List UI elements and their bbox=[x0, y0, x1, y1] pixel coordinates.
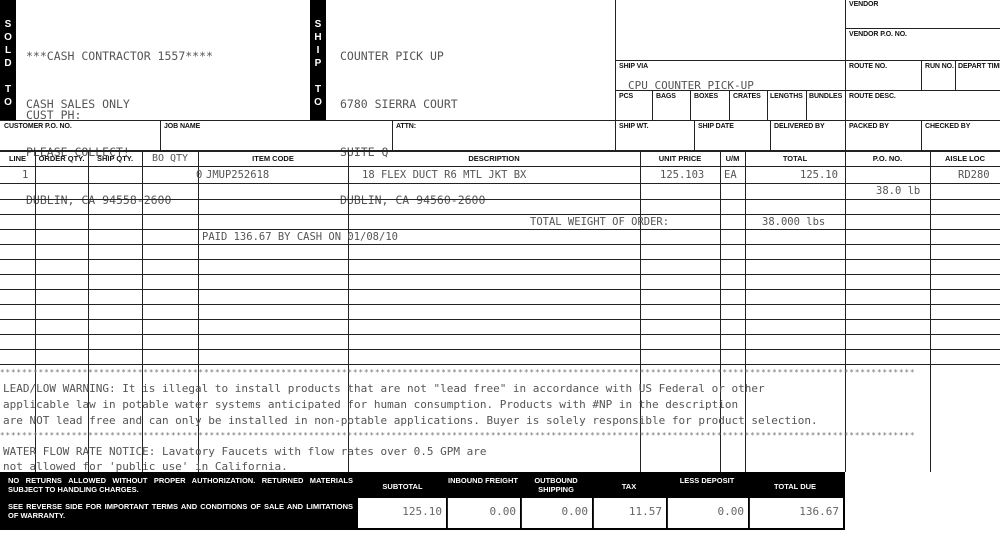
checked-by-label: CHECKED BY bbox=[925, 123, 970, 130]
route-desc-label: ROUTE DESC. bbox=[849, 93, 896, 100]
inbound-freight-value: 0.00 bbox=[447, 498, 520, 528]
sold-letter: T bbox=[0, 83, 16, 96]
row-aisle-loc: RD280 bbox=[958, 169, 990, 181]
ship-wt-label: SHIP WT. bbox=[619, 123, 648, 130]
col-unit-price: UNIT PRICE bbox=[640, 152, 720, 166]
job-name-label: JOB NAME bbox=[164, 123, 200, 130]
col-line: LINE bbox=[0, 152, 35, 166]
row-line: 1 bbox=[22, 169, 28, 181]
col-po-no: P.O. NO. bbox=[845, 152, 930, 166]
bags-label: BAGS bbox=[656, 93, 676, 100]
ship-via-label: SHIP VIA bbox=[619, 63, 648, 70]
sold-letter: S bbox=[0, 18, 16, 31]
paid-note: PAID 136.67 BY CASH ON 01/08/10 bbox=[202, 231, 398, 243]
row-total: 125.10 bbox=[800, 169, 838, 181]
subtotal-value: 125.10 bbox=[358, 498, 446, 528]
separator-stars: ****************************************… bbox=[0, 431, 1000, 440]
ship-letter: O bbox=[310, 96, 326, 109]
col-description: DESCRIPTION bbox=[348, 152, 640, 166]
sold-letter: D bbox=[0, 57, 16, 70]
col-bo-qty: BO QTY bbox=[142, 152, 198, 166]
outbound-shipping-label: OUTBOUND SHIPPING bbox=[521, 476, 591, 494]
total-due-label: TOTAL DUE bbox=[749, 482, 841, 491]
outbound-shipping-value: 0.00 bbox=[521, 498, 592, 528]
boxes-label: BOXES bbox=[694, 93, 718, 100]
sold-letter: L bbox=[0, 44, 16, 57]
depart-time-label: DEPART TIME bbox=[958, 63, 1000, 70]
bundles-label: BUNDLES bbox=[809, 93, 842, 100]
col-um: U/M bbox=[720, 152, 745, 166]
total-weight-value: 38.000 lbs bbox=[762, 216, 825, 228]
separator-stars: ****************************************… bbox=[0, 368, 1000, 377]
row-item-code: JMUP252618 bbox=[206, 169, 269, 181]
ship-to-side-label: S H I P T O bbox=[310, 0, 326, 120]
row-unit-price: 125.103 bbox=[660, 169, 704, 181]
total-weight-label: TOTAL WEIGHT OF ORDER: bbox=[530, 216, 669, 228]
lead-warning-line: applicable law in potable water systems … bbox=[3, 398, 738, 411]
flow-notice-line: WATER FLOW RATE NOTICE: Lavatory Faucets… bbox=[3, 445, 486, 458]
ship-to-line: COUNTER PICK UP bbox=[340, 48, 485, 64]
tax-value: 11.57 bbox=[593, 498, 666, 528]
less-deposit-value: 0.00 bbox=[667, 498, 748, 528]
col-item-code: ITEM CODE bbox=[198, 152, 348, 166]
ship-letter: I bbox=[310, 44, 326, 57]
row-bo-qty: 0 bbox=[196, 169, 202, 181]
col-order-qty: ORDER QTY. bbox=[35, 152, 88, 166]
packed-by-label: PACKED BY bbox=[849, 123, 889, 130]
ship-letter: H bbox=[310, 31, 326, 44]
col-total: TOTAL bbox=[745, 152, 845, 166]
terms-note: SEE REVERSE SIDE FOR IMPORTANT TERMS AND… bbox=[8, 502, 353, 520]
sold-to-line: ***CASH CONTRACTOR 1557**** bbox=[26, 48, 213, 64]
row-um: EA bbox=[724, 169, 737, 181]
lead-warning-line: are NOT lead free and can only be instal… bbox=[3, 414, 818, 427]
attn-label: ATTN: bbox=[396, 123, 416, 130]
inbound-freight-label: INBOUND FREIGHT bbox=[447, 476, 519, 485]
ship-to-line: 6780 SIERRA COURT bbox=[340, 96, 485, 112]
sold-letter: O bbox=[0, 96, 16, 109]
vendor-label: VENDOR bbox=[849, 1, 878, 8]
col-ship-qty: SHIP QTY. bbox=[88, 152, 142, 166]
lead-warning-line: LEAD/LOW WARNING: It is illegal to insta… bbox=[3, 382, 765, 395]
ship-letter: S bbox=[310, 18, 326, 31]
sold-to-side-label: S O L D T O bbox=[0, 0, 16, 120]
ship-via-value: CPU COUNTER PICK-UP bbox=[628, 79, 754, 92]
tax-label: TAX bbox=[593, 482, 665, 491]
customer-po-label: CUSTOMER P.O. NO. bbox=[4, 123, 72, 130]
crates-label: CRATES bbox=[733, 93, 761, 100]
ship-letter: P bbox=[310, 57, 326, 70]
run-no-label: RUN NO. bbox=[925, 63, 954, 70]
returns-note: NO RETURNS ALLOWED WITHOUT PROPER AUTHOR… bbox=[8, 476, 353, 494]
delivered-by-label: DELIVERED BY bbox=[774, 123, 825, 130]
sold-to-line: DUBLIN, CA 94558-2600 bbox=[26, 192, 213, 208]
total-due-value: 136.67 bbox=[749, 498, 843, 528]
ship-to-line: DUBLIN, CA 94560-2600 bbox=[340, 192, 485, 208]
route-no-label: ROUTE NO. bbox=[849, 63, 887, 70]
col-aisle-loc: AISLE LOC bbox=[930, 152, 1000, 166]
ship-letter: T bbox=[310, 83, 326, 96]
subtotal-label: SUBTOTAL bbox=[360, 482, 445, 491]
vendor-po-label: VENDOR P.O. NO. bbox=[849, 31, 907, 38]
row-weight: 38.0 lb bbox=[876, 185, 920, 197]
ship-date-label: SHIP DATE bbox=[698, 123, 734, 130]
row-description: 18 FLEX DUCT R6 MTL JKT BX bbox=[362, 169, 526, 181]
pcs-label: PCS bbox=[619, 93, 633, 100]
sold-letter: O bbox=[0, 31, 16, 44]
less-deposit-label: LESS DEPOSIT bbox=[667, 476, 747, 485]
lengths-label: LENGTHS bbox=[770, 93, 803, 100]
